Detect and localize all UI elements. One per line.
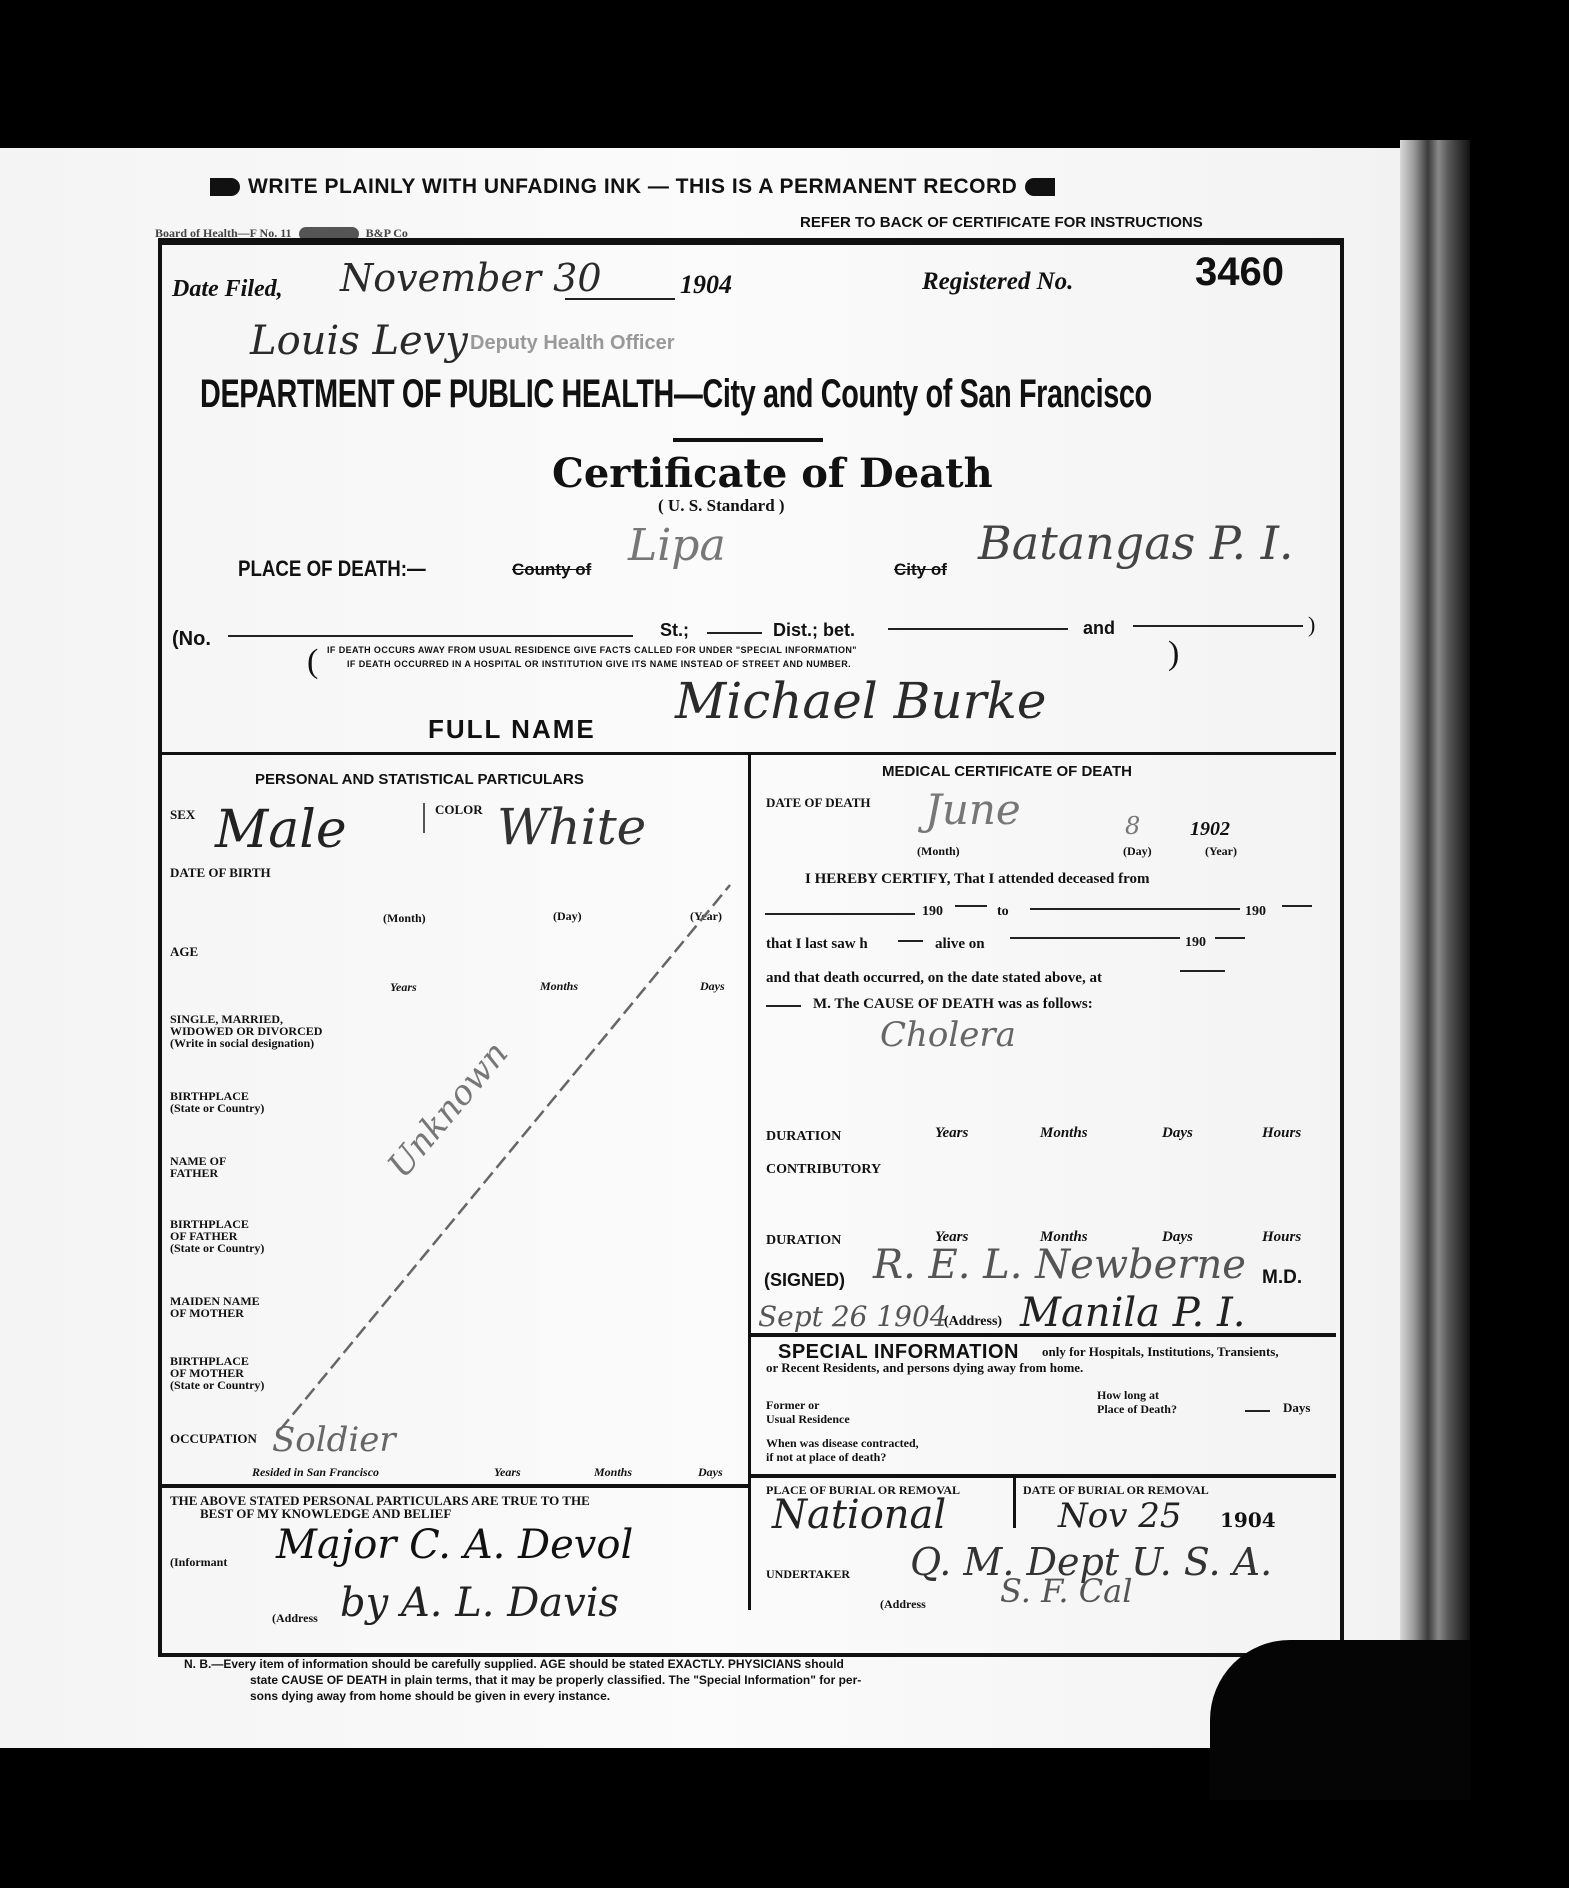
place-note-line1: IF DEATH OCCURS AWAY FROM USUAL RESIDENC… — [327, 643, 857, 657]
city-label: City of — [894, 560, 947, 580]
cause-of-death-line: M. The CAUSE OF DEATH was as follows: — [813, 998, 1093, 1011]
md-label: M.D. — [1262, 1267, 1302, 1289]
title-divider — [673, 438, 823, 442]
certificate-title: Certificate of Death — [552, 450, 993, 497]
physician-address-label: (Address) — [944, 1316, 1002, 1328]
county-value: Lipa — [628, 520, 726, 571]
officer-title: Deputy Health Officer — [470, 332, 674, 355]
informant-value: Major C. A. Devol — [276, 1522, 633, 1568]
death-occurred-line: and that death occurred, on the date sta… — [766, 972, 1102, 985]
full-name-label: FULL NAME — [428, 714, 596, 745]
place-note-line2: IF DEATH OCCURRED IN A HOSPITAL OR INSTI… — [327, 657, 857, 671]
district-label: Dist.; bet. — [773, 620, 855, 641]
instructions-note: REFER TO BACK OF CERTIFICATE FOR INSTRUC… — [800, 214, 1203, 231]
medical-heading: MEDICAL CERTIFICATE OF DEATH — [882, 763, 1132, 780]
father-name-label: NAME OF FATHER — [170, 1155, 226, 1179]
county-label: County of — [512, 560, 591, 580]
duration-years-1: Years — [935, 1125, 968, 1142]
place-note: IF DEATH OCCURS AWAY FROM USUAL RESIDENC… — [327, 643, 857, 671]
date-filed-value: November 30 — [340, 256, 602, 300]
color-label: COLOR — [435, 803, 483, 816]
death-day-value: 8 — [1125, 812, 1140, 840]
last-saw-line — [898, 940, 923, 942]
informant-label: (Informant — [170, 1556, 227, 1568]
footer-line3: sons dying away from home should be give… — [184, 1688, 1244, 1704]
informant-statement-line2: BEST OF MY KNOWLEDGE AND BELIEF — [170, 1507, 590, 1520]
informant-statement: THE ABOVE STATED PERSONAL PARTICULARS AR… — [170, 1494, 590, 1520]
date-filed-line — [565, 298, 675, 300]
former-residence-line2: Usual Residence — [766, 1412, 850, 1426]
how-long-label: How long at Place of Death? — [1097, 1388, 1177, 1416]
former-residence-label: Former or Usual Residence — [766, 1398, 850, 1426]
occupation-value: Soldier — [272, 1420, 396, 1460]
full-name-value: Michael Burke — [675, 672, 1046, 730]
mother-name-label: MAIDEN NAME OF MOTHER — [170, 1295, 260, 1319]
father-birthplace-label: BIRTHPLACE OF FATHER (State or Country) — [170, 1218, 264, 1254]
department-title: DEPARTMENT OF PUBLIC HEALTH—City and Cou… — [200, 372, 1152, 417]
informant-address-label: (Address — [272, 1612, 318, 1624]
alive-on-yr-line — [1215, 937, 1245, 939]
personal-heading: PERSONAL AND STATISTICAL PARTICULARS — [255, 771, 584, 788]
date-of-death-label: DATE OF DEATH — [766, 796, 871, 809]
attended-to-year: 190 — [1245, 906, 1266, 918]
unknown-diagonal-line — [270, 880, 750, 1440]
pointing-hand-icon — [210, 178, 240, 196]
mother-birthplace-label: BIRTHPLACE OF MOTHER (State or Country) — [170, 1355, 264, 1391]
note-open-paren: ( — [307, 645, 318, 679]
informant-address-value: by A. L. Davis — [340, 1580, 619, 1626]
banner-text: WRITE PLAINLY WITH UNFADING INK — THIS I… — [248, 175, 1017, 198]
burial-place-value: National — [772, 1492, 946, 1538]
death-time-line — [1180, 970, 1225, 972]
special-info-note: only for Hospitals, Institutions, Transi… — [1042, 1346, 1279, 1358]
how-long-line2: Place of Death? — [1097, 1402, 1177, 1416]
undertaker-address-label: (Address — [880, 1598, 926, 1610]
duration-hours-1: Hours — [1262, 1125, 1301, 1142]
signed-label: (SIGNED) — [764, 1270, 845, 1291]
father-name-line2: FATHER — [170, 1167, 226, 1179]
footer-line1: N. B.—Every item of information should b… — [184, 1656, 1244, 1672]
special-info-divider — [751, 1333, 1336, 1337]
burial-date-year: 1904 — [1220, 1508, 1276, 1532]
close-paren: ) — [1308, 612, 1315, 638]
book-page-edge — [1400, 140, 1470, 1740]
burial-column-divider — [1013, 1478, 1016, 1528]
attended-from-yr-line — [955, 905, 987, 907]
physician-address-value: Manila P. I. — [1020, 1290, 1245, 1336]
duration-label-1: DURATION — [766, 1130, 841, 1143]
dob-label: DATE OF BIRTH — [170, 866, 271, 879]
disease-contracted-line1: When was disease contracted, — [766, 1436, 919, 1450]
disease-contracted-label: When was disease contracted, if not at p… — [766, 1436, 919, 1464]
street-line — [707, 632, 762, 634]
duration-label-2: DURATION — [766, 1234, 841, 1247]
former-residence-line1: Former or — [766, 1398, 850, 1412]
death-day-caption: (Day) — [1123, 845, 1152, 857]
place-of-death-label: PLACE OF DEATH:— — [238, 556, 426, 582]
alive-on-line — [1010, 937, 1180, 939]
resided-days: Days — [698, 1465, 723, 1480]
resided-label: Resided in San Francisco — [252, 1465, 379, 1480]
death-year-caption: (Year) — [1205, 845, 1237, 857]
attended-from-year: 190 — [922, 906, 943, 918]
special-info-note-2: or Recent Residents, and persons dying a… — [766, 1362, 1083, 1374]
date-filed-year: 1904 — [680, 270, 732, 300]
informant-divider — [162, 1484, 748, 1488]
contributory-label: CONTRIBUTORY — [766, 1163, 881, 1176]
resided-months: Months — [594, 1465, 632, 1480]
undertaker-address-value: S. F. Cal — [1000, 1572, 1132, 1610]
disease-contracted-line2: if not at place of death? — [766, 1450, 919, 1464]
footer-note: N. B.—Every item of information should b… — [184, 1656, 1244, 1704]
pointing-hand-icon — [1025, 178, 1055, 196]
date-filed-label: Date Filed, — [172, 276, 283, 303]
officer-signature: Louis Levy — [250, 318, 468, 364]
alive-on-year: 190 — [1185, 937, 1206, 949]
district-line — [888, 628, 1068, 630]
last-saw-label: that I last saw h — [766, 938, 868, 951]
physician-signature: R. E. L. Newberne — [873, 1242, 1246, 1288]
certify-line: I HEREBY CERTIFY, That I attended deceas… — [805, 873, 1150, 886]
burial-date-value: Nov 25 — [1058, 1496, 1182, 1536]
duration-months-1: Months — [1040, 1125, 1088, 1142]
city-value: Batangas P. I. — [978, 516, 1294, 570]
mother-birthplace-line3: (State or Country) — [170, 1379, 264, 1391]
and-line — [1133, 625, 1303, 627]
scanner-thumb-shadow — [1210, 1640, 1470, 1800]
how-long-line — [1245, 1410, 1270, 1412]
us-standard-label: ( U. S. Standard ) — [658, 496, 785, 516]
color-value: White — [497, 798, 646, 856]
birthplace-line2: (State or Country) — [170, 1102, 264, 1114]
cause-of-death-value: Cholera — [880, 1015, 1016, 1055]
father-birthplace-line3: (State or Country) — [170, 1242, 264, 1254]
permanent-record-banner: WRITE PLAINLY WITH UNFADING INK — THIS I… — [210, 175, 1055, 199]
attended-to-yr-line — [1282, 905, 1312, 907]
duration-days-1: Days — [1162, 1125, 1193, 1142]
registered-no-value: 3460 — [1195, 250, 1284, 295]
birthplace-label: BIRTHPLACE (State or Country) — [170, 1090, 264, 1114]
how-long-line1: How long at — [1097, 1388, 1177, 1402]
and-label: and — [1083, 618, 1115, 639]
footer-line2: state CAUSE OF DEATH in plain terms, tha… — [184, 1672, 1244, 1688]
street-no-line — [228, 635, 633, 637]
sex-value: Male — [215, 800, 347, 860]
street-label: St.; — [660, 620, 689, 641]
death-year-value: 1902 — [1190, 818, 1230, 841]
street-no-label: (No. — [172, 628, 211, 651]
alive-on-label: alive on — [935, 938, 985, 951]
attended-from-line — [765, 913, 915, 915]
duration-hours-2: Hours — [1262, 1229, 1301, 1246]
burial-divider — [751, 1474, 1336, 1478]
attended-to-line — [1030, 908, 1240, 910]
resided-years: Years — [494, 1465, 521, 1480]
sex-label: SEX — [170, 808, 195, 821]
undertaker-label: UNDERTAKER — [766, 1568, 850, 1581]
attended-to-label: to — [997, 906, 1009, 918]
mother-name-line2: OF MOTHER — [170, 1307, 260, 1319]
note-close-paren: ) — [1168, 637, 1179, 671]
death-hour-line — [766, 1005, 801, 1007]
occupation-label: OCCUPATION — [170, 1432, 257, 1445]
death-month-value: June — [925, 785, 1021, 834]
color-divider — [423, 803, 425, 833]
death-month-caption: (Month) — [917, 845, 960, 857]
signed-date: Sept 26 1904 — [758, 1300, 948, 1333]
registered-no-label: Registered No. — [922, 268, 1073, 296]
age-label: AGE — [170, 945, 198, 958]
how-long-days: Days — [1283, 1402, 1310, 1414]
